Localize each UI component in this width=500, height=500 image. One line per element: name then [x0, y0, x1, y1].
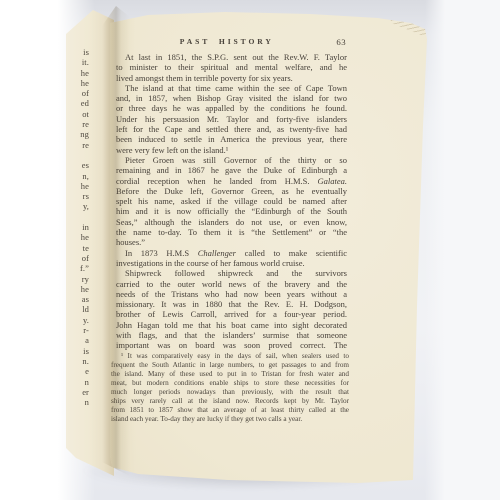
text-fragment: he [69, 181, 89, 191]
text-fragment: of [69, 88, 89, 98]
body-text-line: John Hagan told me that his boat came in… [116, 320, 347, 330]
body-text-line: lived amongst them in terrible poverty f… [116, 73, 347, 83]
footnote-line: much longer periods nowadays than previo… [111, 388, 349, 397]
footnote-line: from 1851 to 1857 show that an average o… [111, 406, 349, 415]
body-text-line: were very few left on the island.¹ [116, 145, 347, 155]
page-edge-stack [390, 15, 426, 37]
text-fragment: y. [69, 315, 89, 325]
text-fragment: er [69, 387, 89, 397]
body-text-line: houses.” [116, 237, 347, 247]
text-fragment: r- [69, 325, 89, 335]
photo-background: isit.heheofedotrengre esn,hersy, inheteo… [0, 0, 500, 500]
footnote-line: island each year. To-day they are lucky … [111, 415, 349, 424]
body-text-line: spelt his name, asked if the village cou… [116, 196, 347, 206]
body-text-line: the name to-day. To them it is “the Sett… [116, 227, 347, 237]
body-text-line: investigations in the course of her famo… [116, 258, 347, 268]
text-fragment: a [69, 335, 89, 345]
body-text-line: Shipwreck followed shipwreck and the sur… [116, 268, 347, 278]
body-text-line: The island at that time came within the … [116, 83, 347, 93]
text-fragment: n, [69, 171, 89, 181]
body-text-line: In 1873 H.M.S Challenger called to make … [116, 248, 347, 258]
open-book: isit.heheofedotrengre esn,hersy, inheteo… [0, 0, 500, 500]
footnote: ¹ It was comparatively easy in the days … [111, 352, 349, 424]
text-fragment: of [69, 253, 89, 263]
text-fragment: as [69, 294, 89, 304]
footnote-line: ¹ It was comparatively easy in the days … [111, 352, 349, 361]
body-text-line: missionary. It was in 1880 that the Rev.… [116, 299, 347, 309]
text-fragment: ld [69, 304, 89, 314]
body-text-line: to minister to their spiritual and menta… [116, 62, 347, 72]
body-text-line: or three days he was appalled by the con… [116, 103, 347, 113]
body-text-line: been induced to settle in America the pr… [116, 134, 347, 144]
text-fragment: he [69, 232, 89, 242]
text-fragment: e [69, 366, 89, 376]
footnote-line: frequent the South Atlantic in large num… [111, 361, 349, 370]
body-text-line: carried to the outer world news of the b… [116, 279, 347, 289]
text-fragment: y, [69, 201, 89, 211]
text-fragment: is [69, 346, 89, 356]
text-fragment [69, 150, 89, 160]
body-text-line: needs of the Tristans who had now been y… [116, 289, 347, 299]
text-fragment: he [69, 284, 89, 294]
text-fragment: he [69, 78, 89, 88]
running-header: PAST HISTORY 63 [116, 37, 347, 49]
text-fragment: n [69, 397, 89, 407]
body-text-line: and, in 1857, when Bishop Gray visited t… [116, 93, 347, 103]
body-text-line: Pieter Groen was still Governor of the t… [116, 155, 347, 165]
text-fragment: te [69, 243, 89, 253]
body-text-line: Under his persuasion Mr. Taylor and fort… [116, 114, 347, 124]
text-fragment: is [69, 47, 89, 57]
body-text-line: him and it is now officially the “Edinbu… [116, 206, 347, 216]
text-fragment: rs [69, 191, 89, 201]
text-fragment: ry [69, 274, 89, 284]
text-fragment: it. [69, 57, 89, 67]
body-text-line: important was on board was soon proved c… [116, 340, 347, 350]
body-text-line: Before the Duke left, Governor Green, as… [116, 186, 347, 196]
text-fragment [69, 212, 89, 222]
body-text-line: left for the Cape and settled there and,… [116, 124, 347, 134]
text-fragment: he [69, 68, 89, 78]
text-fragment: re [69, 119, 89, 129]
body-text: At last in 1851, the S.P.G. sent out the… [116, 52, 347, 351]
body-text-line: At last in 1851, the S.P.G. sent out the… [116, 52, 347, 62]
text-fragment: in [69, 222, 89, 232]
text-fragment: n. [69, 356, 89, 366]
footnote-line: the island. Many of these used to put in… [111, 370, 349, 379]
text-fragment: es [69, 160, 89, 170]
text-fragment: ng [69, 129, 89, 139]
footnote-line: ships very rarely call at the island now… [111, 397, 349, 406]
text-fragment: ed [69, 98, 89, 108]
right-page: PAST HISTORY 63 At last in 1851, the S.P… [110, 6, 427, 483]
text-fragment: f.” [69, 263, 89, 273]
running-header-title: PAST HISTORY [180, 37, 274, 46]
text-fragment: ot [69, 109, 89, 119]
body-text-line: cordial reception when he landed from H.… [116, 176, 347, 186]
body-text-line: Seas,” although the islanders do not use… [116, 217, 347, 227]
text-fragment: n [69, 377, 89, 387]
gutter-fold [102, 4, 130, 476]
footnote-line: meat, but modern conditions enable ships… [111, 379, 349, 388]
page-number: 63 [336, 37, 346, 47]
text-fragment: re [69, 140, 89, 150]
left-page-text-fragments: isit.heheofedotrengre esn,hersy, inheteo… [69, 47, 89, 407]
body-text-line: remaining and in 1867 he gave the Duke o… [116, 165, 347, 175]
body-text-line: with flags, and that the islanders’ surm… [116, 330, 347, 340]
body-text-line: brother of Lewis Carroll, arrived for a … [116, 309, 347, 319]
